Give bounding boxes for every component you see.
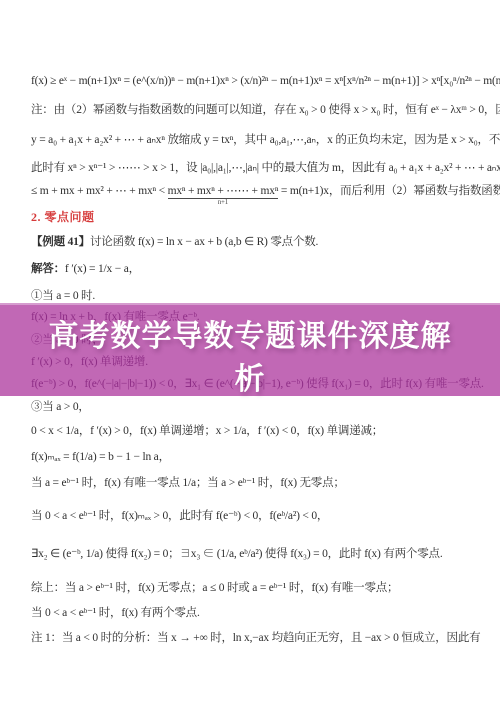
expansion-line-2: 此时有 xⁿ > xⁿ⁻¹ > ⋯⋯ > x > 1，设 |a₀|,|a₁|,⋯… (31, 161, 483, 176)
solution-derivative: f ′(x) = 1/x − a， (65, 263, 140, 275)
summary-line-2: 当 0 < a < eᵇ⁻¹ 时，f(x) 有两个零点. (31, 606, 483, 621)
fmax-line: f(x)ₘₐₓ = f(1/a) = b − 1 − ln a， (31, 450, 483, 465)
underbrace-terms-text: mxⁿ + mxⁿ + ⋯⋯ + mxⁿ (168, 185, 279, 197)
example-41-text: 讨论函数 f(x) = ln x − ax + b (a,b ∈ R) 零点个数… (90, 236, 318, 248)
expansion-line-1: y = a₀ + a₁x + a₂x² + ⋯ + aₙxⁿ 放缩成 y = t… (31, 133, 483, 148)
note-line-1: 注：由（2）幂函数与指数函数的问题可以知道，存在 x₀ > 0 使得 x > x… (31, 103, 483, 118)
formula-line-scaling: f(x) ≥ eˣ − m(n+1)xⁿ = (e^(x/n))ⁿ − m(n+… (31, 74, 483, 89)
case-a-equals-0-line: ①当 a = 0 时. (31, 289, 483, 304)
document-page: f(x) ≥ eˣ − m(n+1)xⁿ = (e^(x/n))ⁿ − m(n+… (0, 0, 500, 707)
underbrace-count-label: n+1 (218, 198, 228, 207)
underbrace-after: = m(n+1)x，而后利用（2）幂函数与指数函数的处理手段. (278, 185, 500, 197)
section-heading-zero-points: 2. 零点问题 (31, 210, 483, 225)
solution-line: 解答：f ′(x) = 1/x − a， (31, 262, 483, 277)
underbrace-line: ≤ m + mx + mx² + ⋯ + mxⁿ < mxⁿ + mxⁿ + ⋯… (31, 184, 483, 199)
example-41-label: 【例题 41】 (31, 236, 90, 248)
summary-line: 综上：当 a > eᵇ⁻¹ 时，f(x) 无零点；a ≤ 0 时或 a = eᵇ… (31, 581, 483, 596)
note-1-analysis-line: 注 1：当 a < 0 时的分析：当 x → +∞ 时，ln x,−ax 均趋向… (31, 631, 483, 646)
underbrace-braced-terms: mxⁿ + mxⁿ + ⋯⋯ + mxⁿn+1 (168, 185, 279, 199)
overlay-band: f(x) = ln x + b，f(x) 有唯一零点 e⁻ᵇ. ②当 a < 0… (0, 303, 500, 396)
overlay-title-line2: 析 (235, 363, 266, 396)
unique-zero-condition-line: 当 a = eᵇ⁻¹ 时，f(x) 有唯一零点 1/a；当 a > eᵇ⁻¹ 时… (31, 476, 483, 491)
exists-zeros-line: ∃x₂ ∈ (e⁻ᵇ, 1/a) 使得 f(x₂) = 0；∃x₃ ∈ (1/a… (31, 547, 483, 562)
example-41-line: 【例题 41】讨论函数 f(x) = ln x − ax + b (a,b ∈ … (31, 235, 483, 250)
case-a-positive-line: ③当 a > 0， (31, 400, 483, 415)
monotonicity-line: 0 < x < 1/a，f ′(x) > 0，f(x) 单调递增；x > 1/a… (31, 424, 483, 439)
underbrace-before: ≤ m + mx + mx² + ⋯ + mxⁿ < (31, 185, 168, 197)
overlay-title: 高考数学导数专题课件深度解析 (0, 315, 500, 401)
solution-label: 解答： (31, 263, 65, 275)
overlay-title-line1: 高考数学导数专题课件深度解 (49, 320, 452, 353)
two-zero-condition-line: 当 0 < a < eᵇ⁻¹ 时，f(x)ₘₐₓ > 0，此时有 f(e⁻ᵇ) … (31, 509, 483, 524)
